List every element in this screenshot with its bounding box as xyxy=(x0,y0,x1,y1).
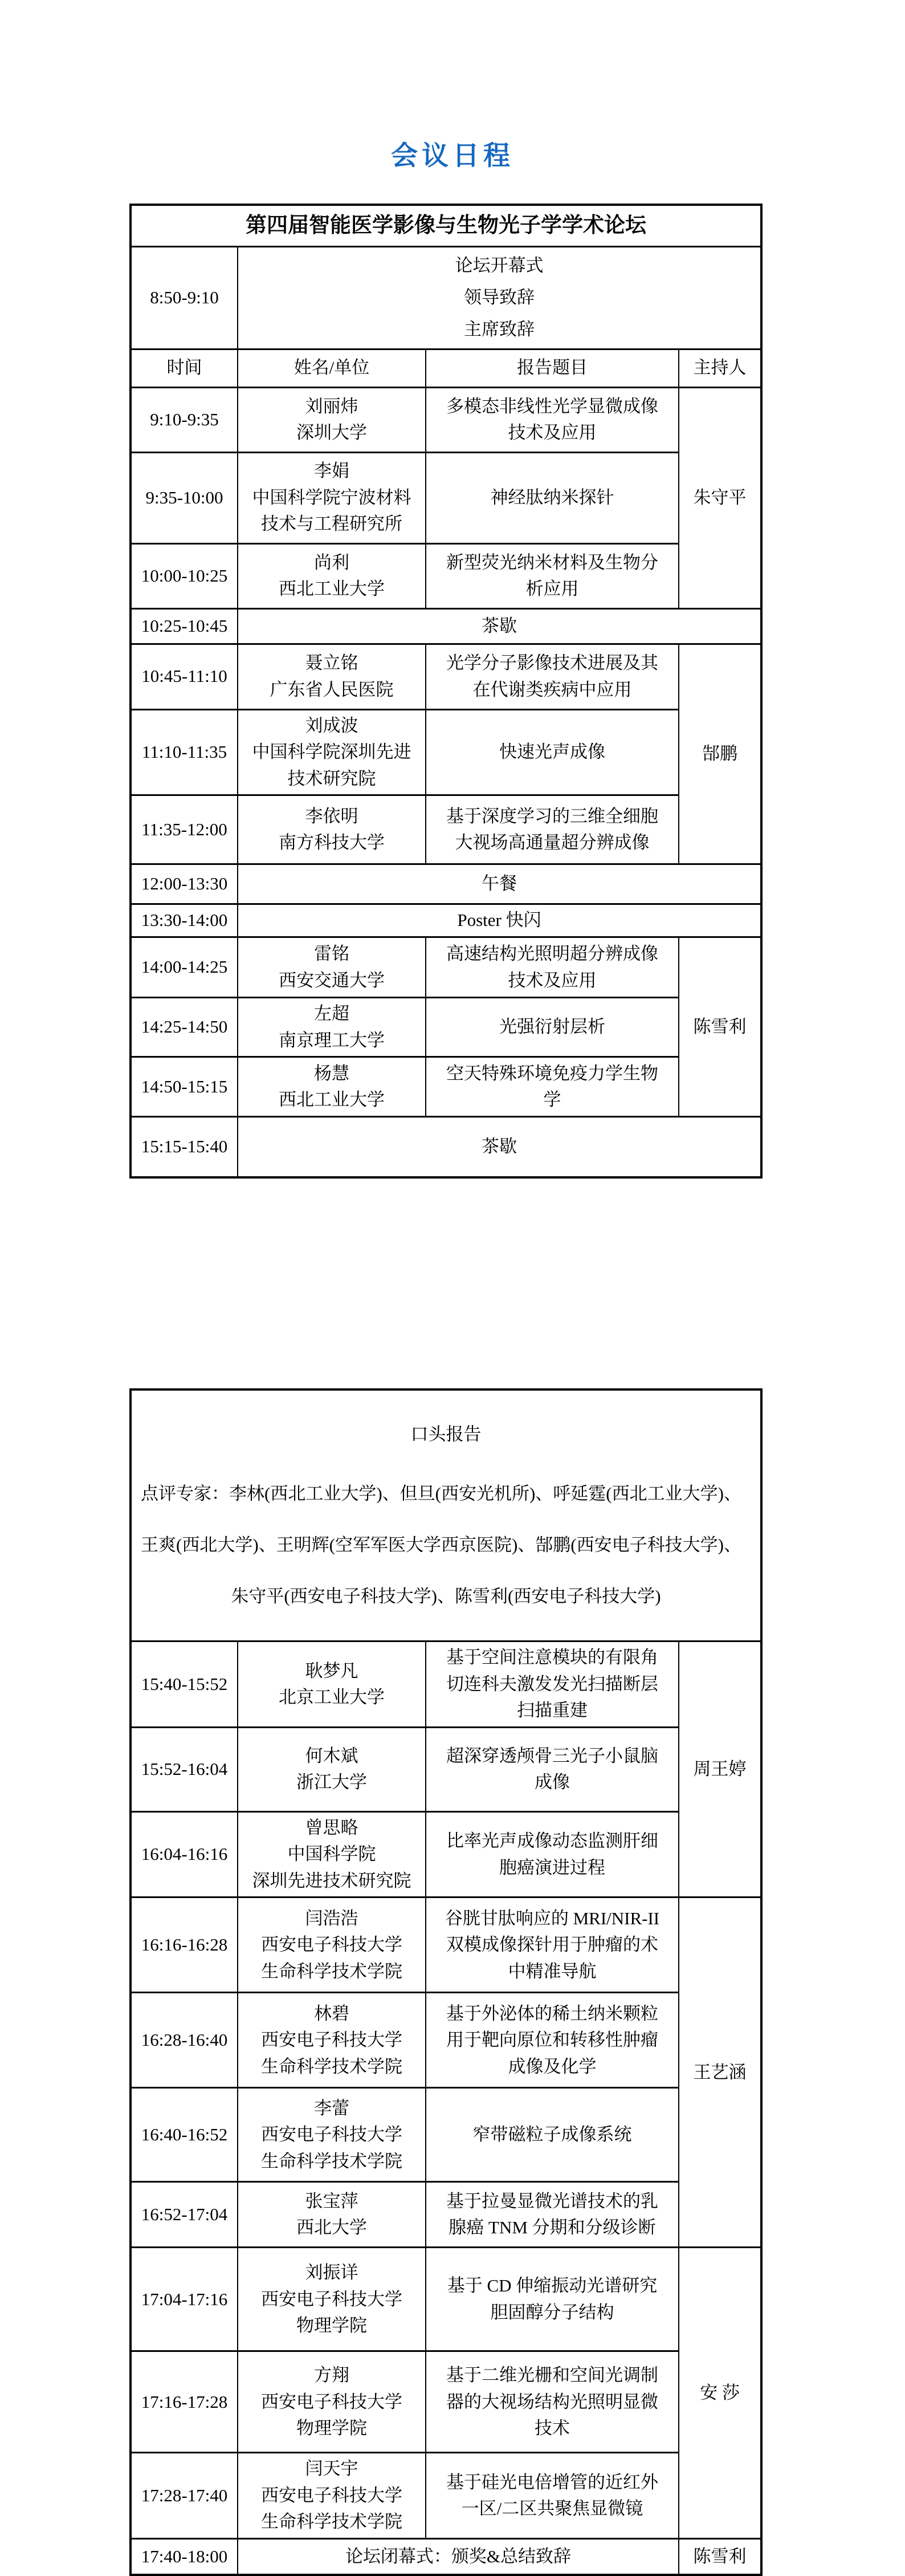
table-row: 16:52-17:04 张宝萍 西北大学 基于拉曼显微光谱技术的乳 腺癌 TNM… xyxy=(131,2182,761,2248)
topic-cell: 基于空间注意模块的有限角 切连科夫激发发光扫描断层 扫描重建 xyxy=(426,1642,679,1728)
speaker-cell: 刘丽炜 深圳大学 xyxy=(238,387,426,452)
speaker-cell: 左超 南京理工大学 xyxy=(238,998,426,1057)
col-header-time: 时间 xyxy=(131,349,238,387)
chair-cell: 王艺涵 xyxy=(679,1898,761,2248)
topic-cell: 谷胱甘肽响应的 MRI/NIR-II 双模成像探针用于肿瘤的术 中精准导航 xyxy=(426,1898,679,1993)
time-cell: 16:04-16:16 xyxy=(131,1811,238,1898)
time-cell: 17:40-18:00 xyxy=(131,2538,238,2575)
table-row: 11:10-11:35 刘成波 中国科学院深圳先进 技术研究院 快速光声成像 xyxy=(131,709,761,795)
oral-report-header: 口头报告 点评专家：李林(西北工业大学)、但旦(西安光机所)、呼延霆(西北工业大… xyxy=(131,1389,761,1642)
speaker-cell: 李娟 中国科学院宁波材料 技术与工程研究所 xyxy=(238,452,426,543)
col-header-chair: 主持人 xyxy=(679,349,761,387)
forum-schedule-table: 第四届智能医学影像与生物光子学学术论坛 8:50-9:10 论坛开幕式 领导致辞… xyxy=(129,204,763,1179)
table-row: 8:50-9:10 论坛开幕式 领导致辞 主席致辞 xyxy=(131,246,761,349)
schedule-page: 会议日程 第四届智能医学影像与生物光子学学术论坛 8:50-9:10 论坛开幕式… xyxy=(0,0,905,2560)
chair-cell: 周王婷 xyxy=(679,1642,761,1898)
time-cell: 17:28-17:40 xyxy=(131,2453,238,2539)
table-row: 16:04-16:16 曾思略 中国科学院 深圳先进技术研究院 比率光声成像动态… xyxy=(131,1811,761,1898)
break-cell: 茶歇 xyxy=(238,608,761,644)
opening-ceremony-cell: 论坛开幕式 领导致辞 主席致辞 xyxy=(238,246,761,349)
table-row: 10:00-10:25 尚利 西北工业大学 新型荧光纳米材料及生物分 析应用 xyxy=(131,543,761,608)
col-header-name: 姓名/单位 xyxy=(238,349,426,387)
col-header-topic: 报告题目 xyxy=(426,349,679,387)
table-row: 9:10-9:35 刘丽炜 深圳大学 多模态非线性光学显微成像 技术及应用 朱守… xyxy=(131,387,761,452)
table-row: 13:30-14:00 Poster 快闪 xyxy=(131,904,761,937)
speaker-cell: 尚利 西北工业大学 xyxy=(238,543,426,608)
speaker-cell: 李蕾 西安电子科技大学 生命科学技术学院 xyxy=(238,2088,426,2182)
oral-report-table: 口头报告 点评专家：李林(西北工业大学)、但旦(西安光机所)、呼延霆(西北工业大… xyxy=(129,1388,763,2576)
table-row: 16:40-16:52 李蕾 西安电子科技大学 生命科学技术学院 窄带磁粒子成像… xyxy=(131,2088,761,2182)
table-row: 14:00-14:25 雷铭 西安交通大学 高速结构光照明超分辨成像 技术及应用… xyxy=(131,937,761,998)
speaker-cell: 杨慧 西北工业大学 xyxy=(238,1057,426,1117)
topic-cell: 高速结构光照明超分辨成像 技术及应用 xyxy=(426,937,679,998)
topic-cell: 空天特殊环境免疫力学生物 学 xyxy=(426,1057,679,1117)
time-cell: 15:15-15:40 xyxy=(131,1117,238,1177)
speaker-cell: 耿梦凡 北京工业大学 xyxy=(238,1642,426,1728)
speaker-cell: 刘成波 中国科学院深圳先进 技术研究院 xyxy=(238,709,426,795)
speaker-cell: 刘振详 西安电子科技大学 物理学院 xyxy=(238,2248,426,2351)
forum-title: 第四届智能医学影像与生物光子学学术论坛 xyxy=(131,205,761,246)
topic-cell: 基于二维光栅和空间光调制 器的大视场结构光照明显微 技术 xyxy=(426,2351,679,2453)
table-row: 15:40-15:52 耿梦凡 北京工业大学 基于空间注意模块的有限角 切连科夫… xyxy=(131,1642,761,1728)
chair-cell: 安 莎 xyxy=(679,2248,761,2539)
topic-cell: 基于拉曼显微光谱技术的乳 腺癌 TNM 分期和分级诊断 xyxy=(426,2182,679,2248)
table-row: 11:35-12:00 李依明 南方科技大学 基于深度学习的三维全细胞 大视场高… xyxy=(131,795,761,864)
table-row: 14:25-14:50 左超 南京理工大学 光强衍射层析 xyxy=(131,998,761,1057)
table-row: 16:16-16:28 闫浩浩 西安电子科技大学 生命科学技术学院 谷胱甘肽响应… xyxy=(131,1898,761,1993)
topic-cell: 超深穿透颅骨三光子小鼠脑 成像 xyxy=(426,1727,679,1811)
chair-cell: 陈雪利 xyxy=(679,937,761,1117)
table-row: 16:28-16:40 林碧 西安电子科技大学 生命科学技术学院 基于外泌体的稀… xyxy=(131,1993,761,2088)
speaker-cell: 何木斌 浙江大学 xyxy=(238,1727,426,1811)
table-row: 第四届智能医学影像与生物光子学学术论坛 xyxy=(131,205,761,246)
closing-ceremony-cell: 论坛闭幕式：颁奖&总结致辞 xyxy=(238,2538,679,2575)
speaker-cell: 雷铭 西安交通大学 xyxy=(238,937,426,998)
table-row: 15:15-15:40 茶歇 xyxy=(131,1117,761,1177)
speaker-cell: 闫天宇 西安电子科技大学 生命科学技术学院 xyxy=(238,2453,426,2539)
reviewers-line: 点评专家：李林(西北工业大学)、但旦(西安光机所)、呼延霆(西北工业大学)、 xyxy=(141,1481,751,1507)
time-cell: 16:16-16:28 xyxy=(131,1898,238,1993)
topic-cell: 窄带磁粒子成像系统 xyxy=(426,2088,679,2182)
lunch-cell: 午餐 xyxy=(238,864,761,904)
table-row: 17:16-17:28 方翔 西安电子科技大学 物理学院 基于二维光栅和空间光调… xyxy=(131,2351,761,2453)
topic-cell: 基于外泌体的稀土纳米颗粒 用于靶向原位和转移性肿瘤 成像及化学 xyxy=(426,1993,679,2088)
speaker-cell: 张宝萍 西北大学 xyxy=(238,2182,426,2248)
topic-cell: 比率光声成像动态监测肝细 胞癌演进过程 xyxy=(426,1811,679,1898)
time-cell: 10:25-10:45 xyxy=(131,608,238,644)
break-cell: 茶歇 xyxy=(238,1117,761,1177)
topic-cell: 多模态非线性光学显微成像 技术及应用 xyxy=(426,387,679,452)
time-cell: 10:00-10:25 xyxy=(131,543,238,608)
table-header-row: 时间 姓名/单位 报告题目 主持人 xyxy=(131,349,761,387)
section-title: 口头报告 xyxy=(141,1422,751,1448)
time-cell: 14:25-14:50 xyxy=(131,998,238,1057)
time-cell: 15:52-16:04 xyxy=(131,1727,238,1811)
topic-cell: 神经肽纳米探针 xyxy=(426,452,679,543)
speaker-cell: 闫浩浩 西安电子科技大学 生命科学技术学院 xyxy=(238,1898,426,1993)
time-cell: 9:35-10:00 xyxy=(131,452,238,543)
time-cell: 13:30-14:00 xyxy=(131,904,238,937)
time-cell: 10:45-11:10 xyxy=(131,644,238,709)
time-cell: 17:16-17:28 xyxy=(131,2351,238,2453)
time-cell: 12:00-13:30 xyxy=(131,864,238,904)
reviewers-line: 朱守平(西安电子科技大学)、陈雪利(西安电子科技大学) xyxy=(141,1584,751,1610)
table-row: 9:35-10:00 李娟 中国科学院宁波材料 技术与工程研究所 神经肽纳米探针 xyxy=(131,452,761,543)
time-cell: 14:00-14:25 xyxy=(131,937,238,998)
chair-cell: 朱守平 xyxy=(679,387,761,608)
topic-cell: 光学分子影像技术进展及其 在代谢类疾病中应用 xyxy=(426,644,679,709)
table-row: 17:40-18:00 论坛闭幕式：颁奖&总结致辞 陈雪利 xyxy=(131,2538,761,2575)
table-row: 14:50-15:15 杨慧 西北工业大学 空天特殊环境免疫力学生物 学 xyxy=(131,1057,761,1117)
page-title: 会议日程 xyxy=(0,135,905,173)
time-cell: 17:04-17:16 xyxy=(131,2248,238,2351)
time-cell: 16:28-16:40 xyxy=(131,1993,238,2088)
table-row: 17:04-17:16 刘振详 西安电子科技大学 物理学院 基于 CD 伸缩振动… xyxy=(131,2248,761,2351)
time-cell: 16:40-16:52 xyxy=(131,2088,238,2182)
time-cell: 16:52-17:04 xyxy=(131,2182,238,2248)
speaker-cell: 聂立铭 广东省人民医院 xyxy=(238,644,426,709)
time-cell: 14:50-15:15 xyxy=(131,1057,238,1117)
time-cell: 15:40-15:52 xyxy=(131,1642,238,1728)
time-cell: 8:50-9:10 xyxy=(131,246,238,349)
topic-cell: 新型荧光纳米材料及生物分 析应用 xyxy=(426,543,679,608)
time-cell: 9:10-9:35 xyxy=(131,387,238,452)
speaker-cell: 方翔 西安电子科技大学 物理学院 xyxy=(238,2351,426,2453)
time-cell: 11:35-12:00 xyxy=(131,795,238,864)
chair-cell: 郜鹏 xyxy=(679,644,761,864)
chair-cell: 陈雪利 xyxy=(679,2538,761,2575)
table-row: 12:00-13:30 午餐 xyxy=(131,864,761,904)
topic-cell: 快速光声成像 xyxy=(426,709,679,795)
topic-cell: 基于深度学习的三维全细胞 大视场高通量超分辨成像 xyxy=(426,795,679,864)
poster-session-cell: Poster 快闪 xyxy=(238,904,761,937)
speaker-cell: 林碧 西安电子科技大学 生命科学技术学院 xyxy=(238,1993,426,2088)
table-row: 17:28-17:40 闫天宇 西安电子科技大学 生命科学技术学院 基于硅光电倍… xyxy=(131,2453,761,2539)
speaker-cell: 李依明 南方科技大学 xyxy=(238,795,426,864)
time-cell: 11:10-11:35 xyxy=(131,709,238,795)
reviewers-line: 王爽(西北大学)、王明辉(空军军医大学西京医院)、郜鹏(西安电子科技大学)、 xyxy=(141,1533,751,1558)
topic-cell: 基于硅光电倍增管的近红外 一区/二区共聚焦显微镜 xyxy=(426,2453,679,2539)
speaker-cell: 曾思略 中国科学院 深圳先进技术研究院 xyxy=(238,1811,426,1898)
table-row: 10:25-10:45 茶歇 xyxy=(131,608,761,644)
topic-cell: 基于 CD 伸缩振动光谱研究 胆固醇分子结构 xyxy=(426,2248,679,2351)
table-row: 15:52-16:04 何木斌 浙江大学 超深穿透颅骨三光子小鼠脑 成像 xyxy=(131,1727,761,1811)
table-row: 口头报告 点评专家：李林(西北工业大学)、但旦(西安光机所)、呼延霆(西北工业大… xyxy=(131,1389,761,1642)
table-row: 10:45-11:10 聂立铭 广东省人民医院 光学分子影像技术进展及其 在代谢… xyxy=(131,644,761,709)
topic-cell: 光强衍射层析 xyxy=(426,998,679,1057)
